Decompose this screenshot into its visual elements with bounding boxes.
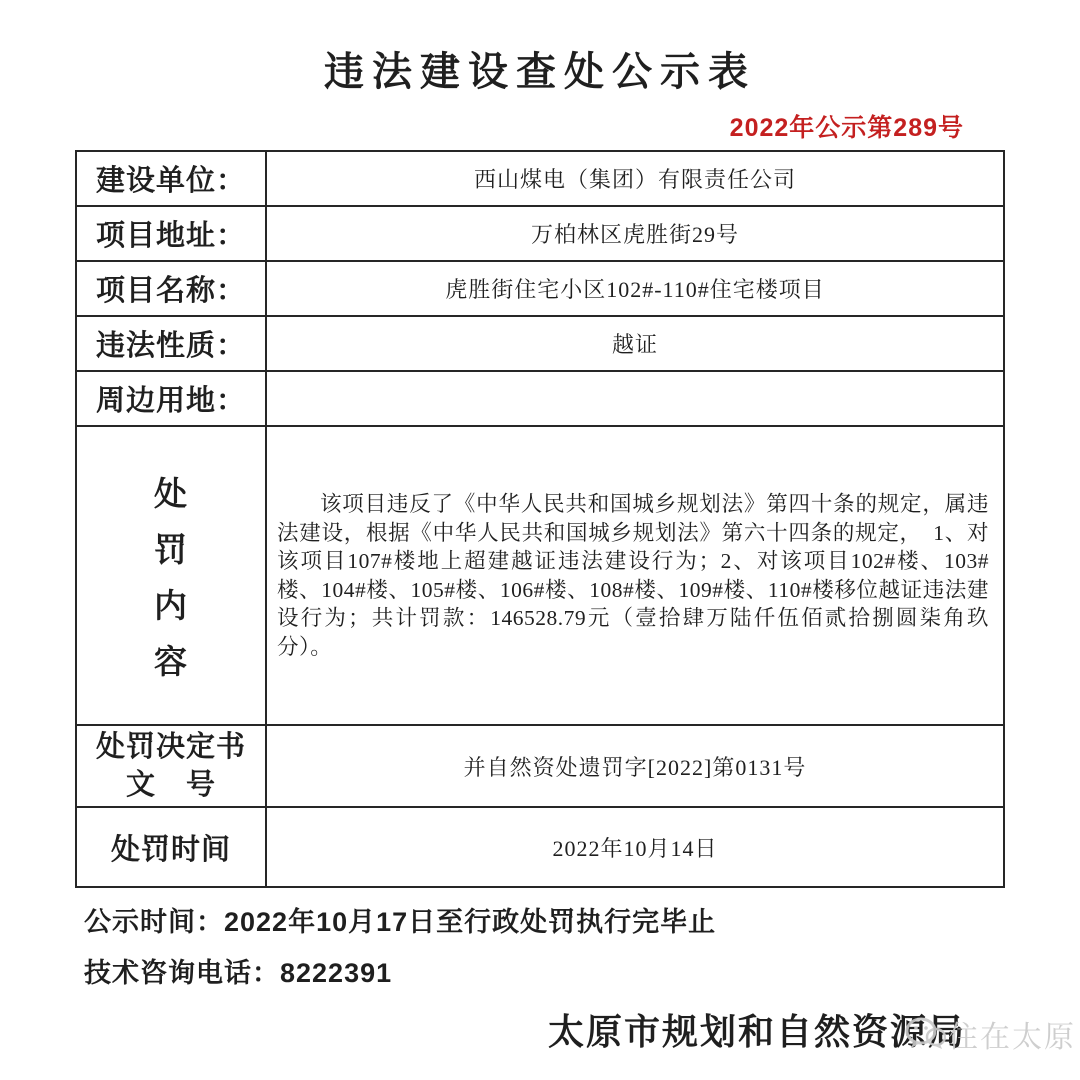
penalty-content-text: 该项目违反了《中华人民共和国城乡规划法》第四十条的规定，属违法建设，根据《中华人… (277, 490, 989, 661)
row-label-decision-number: 处罚决定书 文 号 (77, 726, 267, 806)
decision-label-line2: 文 号 (126, 768, 216, 802)
table-row-construction-unit: 建设单位： 西山煤电（集团）有限责任公司 (77, 152, 1003, 207)
watermark-text: 住在太原 (948, 1012, 1076, 1056)
table-row-decision-number: 处罚决定书 文 号 并自然资处遗罚字[2022]第0131号 (77, 726, 1003, 808)
row-label-project-address: 项目地址： (77, 207, 267, 260)
row-label-construction-unit: 建设单位： (77, 152, 267, 205)
penalty-content-cell: 该项目违反了《中华人民共和国城乡规划法》第四十条的规定，属违法建设，根据《中华人… (267, 427, 1003, 724)
agency-name: 太原市规划和自然资源局 (548, 1004, 966, 1055)
table-row-surrounding-land: 周边用地： (77, 372, 1003, 427)
row-value-violation-nature: 越证 (267, 317, 1003, 370)
publicity-time-text: 公示时间：2022年10月17日至行政处罚执行完毕止 (84, 900, 716, 939)
penalty-label-char: 容 (154, 636, 188, 683)
notice-document: 违法建设查处公示表 2022年公示第289号 建设单位： 西山煤电（集团）有限责… (0, 0, 1080, 1080)
penalty-label-char: 罚 (154, 524, 188, 571)
consult-phone-text: 技术咨询电话：8222391 (84, 951, 392, 990)
table-row-violation-nature: 违法性质： 越证 (77, 317, 1003, 372)
row-label-project-name: 项目名称： (77, 262, 267, 315)
row-value-project-address: 万柏林区虎胜街29号 (267, 207, 1003, 260)
row-value-construction-unit: 西山煤电（集团）有限责任公司 (267, 152, 1003, 205)
table-row-penalty-time: 处罚时间 2022年10月14日 (77, 808, 1003, 886)
decision-label-line1: 处罚决定书 (96, 730, 246, 764)
table-row-project-name: 项目名称： 虎胜街住宅小区102#-110#住宅楼项目 (77, 262, 1003, 317)
page-title: 违法建设查处公示表 (0, 40, 1080, 97)
penalty-label-char: 处 (154, 468, 188, 515)
row-value-decision-number: 并自然资处遗罚字[2022]第0131号 (267, 726, 1003, 806)
row-label-surrounding-land: 周边用地： (77, 372, 267, 425)
row-label-penalty-content: 处 罚 内 容 (77, 427, 267, 724)
row-label-violation-nature: 违法性质： (77, 317, 267, 370)
notice-number: 2022年公示第289号 (730, 108, 964, 144)
penalty-label-char: 内 (154, 580, 188, 627)
table-row-project-address: 项目地址： 万柏林区虎胜街29号 (77, 207, 1003, 262)
row-label-penalty-time: 处罚时间 (77, 808, 267, 886)
notice-table: 建设单位： 西山煤电（集团）有限责任公司 项目地址： 万柏林区虎胜街29号 项目… (75, 150, 1005, 888)
row-value-penalty-time: 2022年10月14日 (267, 808, 1003, 886)
row-value-project-name: 虎胜街住宅小区102#-110#住宅楼项目 (267, 262, 1003, 315)
table-row-penalty-content: 处 罚 内 容 该项目违反了《中华人民共和国城乡规划法》第四十条的规定，属违法建… (77, 427, 1003, 726)
row-value-surrounding-land (267, 372, 1003, 425)
